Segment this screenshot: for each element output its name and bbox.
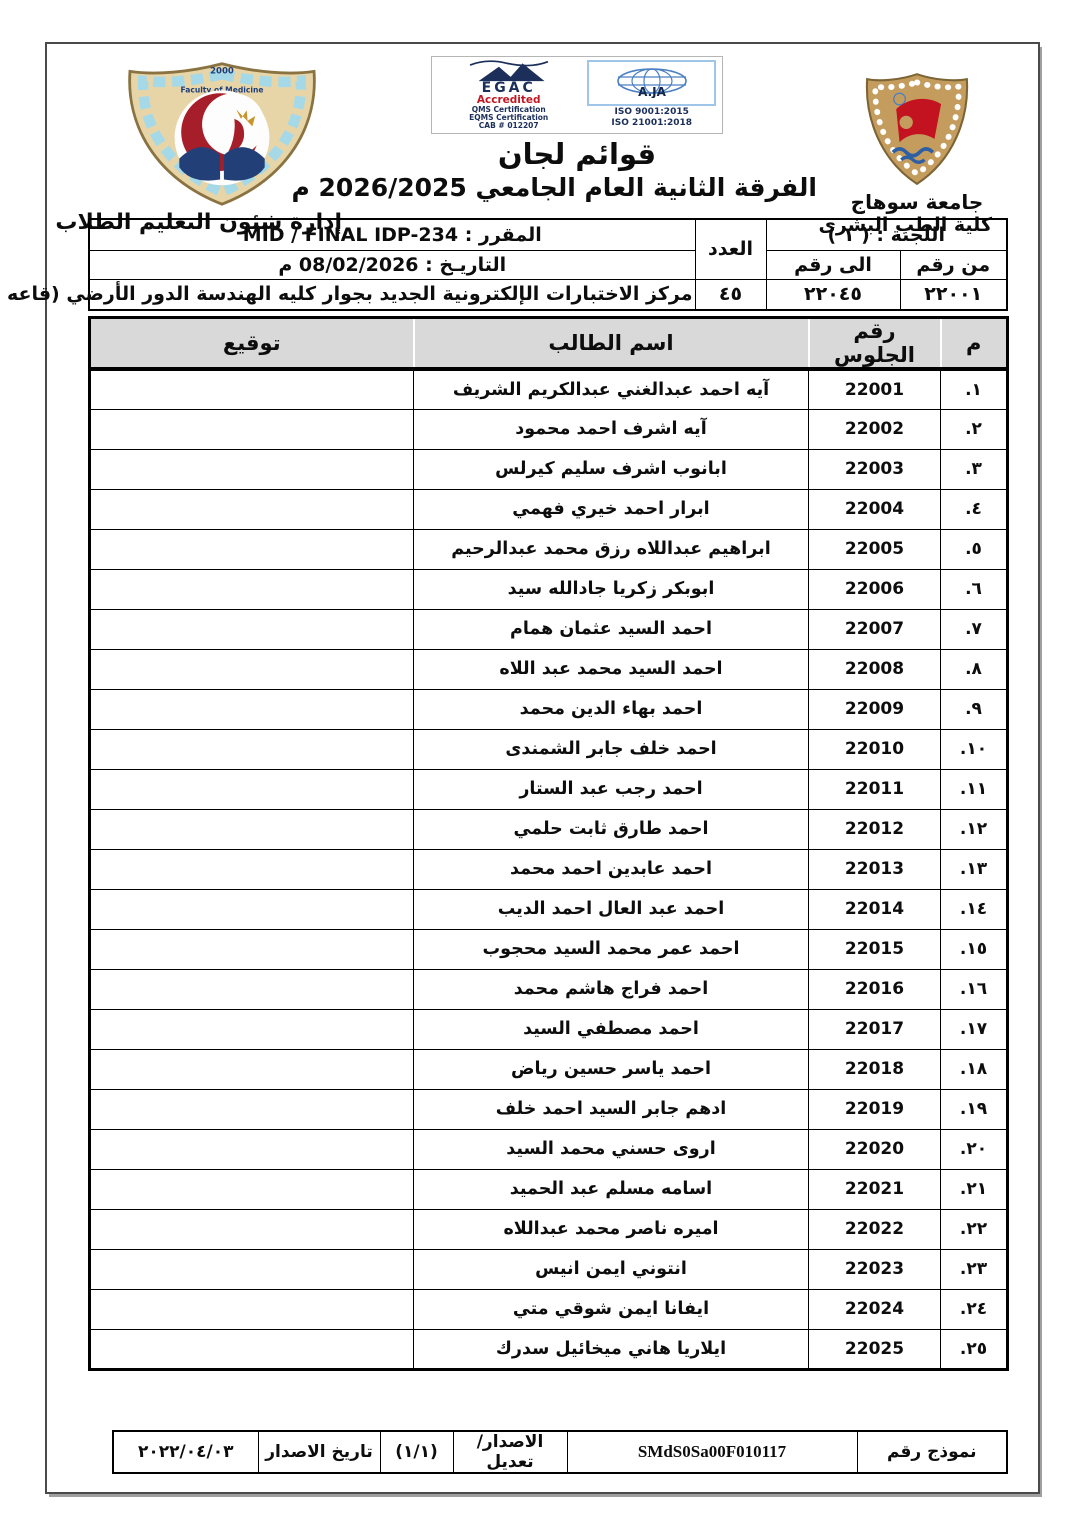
row-student-name-cell: آيه احمد عبدالغني عبدالكريم الشريف <box>414 369 809 409</box>
table-row: ٢١.22021اسامه مسلم عبد الحميد <box>90 1169 1008 1209</box>
table-row: ١٧.22017احمد مصطفي السيد <box>90 1009 1008 1049</box>
row-signature-cell <box>90 1009 414 1049</box>
table-row: ١٥.22015احمد عمر محمد السيد محجوب <box>90 929 1008 969</box>
row-student-name-cell: ادهم جابر السيد احمد خلف <box>414 1089 809 1129</box>
row-seat-number-cell: 22019 <box>809 1089 941 1129</box>
table-row: ١٤.22014احمد عبد العال احمد الديب <box>90 889 1008 929</box>
aja-iso-line: ISO 21001:2018 <box>611 118 692 128</box>
title-group: EGAC Accredited QMS Certification EQMS C… <box>337 56 817 205</box>
accreditation-panel: EGAC Accredited QMS Certification EQMS C… <box>431 56 723 134</box>
row-seat-number-cell: 22022 <box>809 1209 941 1249</box>
row-student-name-cell: احمد السيد محمد عبد اللاه <box>414 649 809 689</box>
table-row: ٢٣.22023انتوني ايمن انيس <box>90 1249 1008 1289</box>
row-signature-cell <box>90 929 414 969</box>
sohag-university-logo-icon <box>863 70 971 188</box>
aja-globe-icon: A.JA <box>604 68 700 98</box>
row-signature-cell <box>90 1049 414 1089</box>
row-student-name-cell: ابوبكر زكريا جادالله سيد <box>414 569 809 609</box>
row-signature-cell <box>90 1169 414 1209</box>
date-label: التاريـخ : <box>425 254 506 276</box>
row-index-cell: ١٧. <box>941 1009 1008 1049</box>
table-row: ١٨.22018احمد ياسر حسين رياض <box>90 1049 1008 1089</box>
count-header-cell: العدد <box>695 219 766 279</box>
table-row: ١١.22011احمد رجب عبد الستار <box>90 769 1008 809</box>
table-row: ١٣.22013احمد عابدين احمد محمد <box>90 849 1008 889</box>
row-signature-cell <box>90 1249 414 1289</box>
row-index-cell: ٢٥. <box>941 1329 1008 1369</box>
count-value: ٤٥ <box>695 279 766 310</box>
row-seat-number-cell: 22011 <box>809 769 941 809</box>
course-value: MID / FINAL IDP-234 <box>243 224 458 246</box>
row-seat-number-cell: 22001 <box>809 369 941 409</box>
table-row: ٧.22007احمد السيد عثمان همام <box>90 609 1008 649</box>
table-row: ٢٥.22025ايلاريا هاني ميخائيل سدرك <box>90 1329 1008 1369</box>
row-student-name-cell: احمد فراج هاشم محمد <box>414 969 809 1009</box>
students-table-header-row: م رقم الجلوس اسم الطالب توقيع <box>90 318 1008 370</box>
table-row: ٢.22002آيه اشرف احمد محمود <box>90 409 1008 449</box>
row-seat-number-cell: 22007 <box>809 609 941 649</box>
logo-year-text: 2000 <box>210 66 234 76</box>
row-student-name-cell: ايفانا ايمن شوقي متي <box>414 1289 809 1329</box>
university-name-caption: جامعة سوهاج <box>842 190 992 214</box>
university-logo-group: جامعة سوهاج كلية الطب البشرى <box>842 70 992 236</box>
row-index-cell: ١٢. <box>941 809 1008 849</box>
row-seat-number-cell: 22009 <box>809 689 941 729</box>
date-value: 08/02/2026 م <box>278 254 418 276</box>
aja-iso-line: ISO 9001:2015 <box>615 107 689 117</box>
row-signature-cell <box>90 969 414 1009</box>
row-index-cell: ١٩. <box>941 1089 1008 1129</box>
row-signature-cell <box>90 849 414 889</box>
row-student-name-cell: احمد عمر محمد السيد محجوب <box>414 929 809 969</box>
row-index-cell: ٢٢. <box>941 1209 1008 1249</box>
row-signature-cell <box>90 889 414 929</box>
row-student-name-cell: احمد خلف جابر الشمندى <box>414 729 809 769</box>
form-number-value: SMdS0Sa00F010117 <box>567 1431 857 1473</box>
seat-number-column-header: رقم الجلوس <box>809 318 941 370</box>
row-student-name-cell: احمد مصطفي السيد <box>414 1009 809 1049</box>
table-row: ٢٠.22020اروى حسني محمد السيد <box>90 1129 1008 1169</box>
row-index-cell: ٧. <box>941 609 1008 649</box>
row-index-cell: ٢٣. <box>941 1249 1008 1289</box>
table-row: ٣.22003ابانوب اشرف سليم كيرلس <box>90 449 1008 489</box>
row-seat-number-cell: 22018 <box>809 1049 941 1089</box>
row-student-name-cell: احمد السيد عثمان همام <box>414 609 809 649</box>
row-seat-number-cell: 22024 <box>809 1289 941 1329</box>
table-row: ١.22001آيه احمد عبدالغني عبدالكريم الشري… <box>90 369 1008 409</box>
row-seat-number-cell: 22012 <box>809 809 941 849</box>
row-seat-number-cell: 22016 <box>809 969 941 1009</box>
row-index-cell: ١. <box>941 369 1008 409</box>
aja-globe-box: A.JA <box>587 60 716 106</box>
row-seat-number-cell: 22023 <box>809 1249 941 1289</box>
row-signature-cell <box>90 1329 414 1369</box>
row-student-name-cell: احمد عابدين احمد محمد <box>414 849 809 889</box>
egac-mountain-icon <box>457 60 561 82</box>
row-index-cell: ١١. <box>941 769 1008 809</box>
row-student-name-cell: انتوني ايمن انيس <box>414 1249 809 1289</box>
row-seat-number-cell: 22004 <box>809 489 941 529</box>
row-seat-number-cell: 22005 <box>809 529 941 569</box>
revision-label: الاصدار/تعديل <box>453 1431 567 1473</box>
row-signature-cell <box>90 529 414 569</box>
date-cell: التاريـخ : 08/02/2026 م <box>89 250 695 279</box>
row-index-cell: ٤. <box>941 489 1008 529</box>
table-row: ١٠.22010احمد خلف جابر الشمندى <box>90 729 1008 769</box>
to-number-header: الى رقم <box>766 250 900 279</box>
issue-date-label: تاريخ الاصدار <box>258 1431 380 1473</box>
row-student-name-cell: ابراهيم عبداللاه رزق محمد عبدالرحيم <box>414 529 809 569</box>
row-student-name-cell: احمد رجب عبد الستار <box>414 769 809 809</box>
row-signature-cell <box>90 769 414 809</box>
row-signature-cell <box>90 649 414 689</box>
to-number-value: ٢٢٠٤٥ <box>766 279 900 310</box>
row-seat-number-cell: 22025 <box>809 1329 941 1369</box>
form-meta-table: نموذج رقم SMdS0Sa00F010117 الاصدار/تعديل… <box>112 1430 1008 1474</box>
row-signature-cell <box>90 809 414 849</box>
table-row: ١٢.22012احمد طارق ثابت حلمي <box>90 809 1008 849</box>
table-row: ٢٤.22024ايفانا ايمن شوقي متي <box>90 1289 1008 1329</box>
row-seat-number-cell: 22017 <box>809 1009 941 1049</box>
revision-value: (١/١) <box>380 1431 453 1473</box>
row-student-name-cell: اسامه مسلم عبد الحميد <box>414 1169 809 1209</box>
row-seat-number-cell: 22008 <box>809 649 941 689</box>
row-signature-cell <box>90 1289 414 1329</box>
table-row: ٤.22004ابرار احمد خيري فهمي <box>90 489 1008 529</box>
row-student-name-cell: احمد بهاء الدين محمد <box>414 689 809 729</box>
row-student-name-cell: احمد عبد العال احمد الديب <box>414 889 809 929</box>
table-row: ٨.22008احمد السيد محمد عبد اللاه <box>90 649 1008 689</box>
aja-name-text: A.JA <box>638 85 667 98</box>
row-signature-cell <box>90 1209 414 1249</box>
row-index-cell: ٨. <box>941 649 1008 689</box>
exam-info-table: اللجنة : ( ١ ) العدد المقرر : MID / FINA… <box>88 218 1008 311</box>
row-signature-cell <box>90 369 414 409</box>
table-row: ١٩.22019ادهم جابر السيد احمد خلف <box>90 1089 1008 1129</box>
committee-cell: اللجنة : ( ١ ) <box>766 219 1007 250</box>
row-index-cell: ١٠. <box>941 729 1008 769</box>
row-student-name-cell: احمد طارق ثابت حلمي <box>414 809 809 849</box>
row-seat-number-cell: 22010 <box>809 729 941 769</box>
table-row: ١٦.22016احمد فراج هاشم محمد <box>90 969 1008 1009</box>
faculty-logo-group: 2000 Faculty of Medicine إدارة شئون التع… <box>102 60 342 235</box>
row-seat-number-cell: 22021 <box>809 1169 941 1209</box>
row-signature-cell <box>90 729 414 769</box>
table-row: ٢٢.22022اميره ناصر محمد عبداللاه <box>90 1209 1008 1249</box>
row-index-cell: ٢٠. <box>941 1129 1008 1169</box>
row-signature-cell <box>90 569 414 609</box>
issue-date-value: ٢٠٢٢/٠٤/٠٣ <box>113 1431 258 1473</box>
row-index-cell: ٢. <box>941 409 1008 449</box>
row-index-cell: ٣. <box>941 449 1008 489</box>
row-index-cell: ٩. <box>941 689 1008 729</box>
egac-accreditation-logo: EGAC Accredited QMS Certification EQMS C… <box>438 60 579 130</box>
row-index-cell: ٢٤. <box>941 1289 1008 1329</box>
document-subtitle: الفرقة الثانية العام الجامعي 2026/2025 م <box>337 171 817 205</box>
row-index-cell: ١٤. <box>941 889 1008 929</box>
row-index-cell: ١٥. <box>941 929 1008 969</box>
student-rows: ١.22001آيه احمد عبدالغني عبدالكريم الشري… <box>90 369 1008 1369</box>
row-index-cell: ٥. <box>941 529 1008 569</box>
page-frame: 2000 Faculty of Medicine إدارة شئون التع… <box>45 42 1040 1494</box>
row-student-name-cell: ابانوب اشرف سليم كيرلس <box>414 449 809 489</box>
course-label: المقرر : <box>465 224 542 246</box>
row-index-cell: ٦. <box>941 569 1008 609</box>
row-signature-cell <box>90 609 414 649</box>
row-index-cell: ١٨. <box>941 1049 1008 1089</box>
document-title: قوائم لجان <box>337 137 817 171</box>
index-column-header: م <box>941 318 1008 370</box>
exam-location: مركز الاختبارات الإلكترونية الجديد بجوار… <box>89 279 695 310</box>
row-signature-cell <box>90 689 414 729</box>
row-signature-cell <box>90 449 414 489</box>
row-student-name-cell: احمد ياسر حسين رياض <box>414 1049 809 1089</box>
row-seat-number-cell: 22002 <box>809 409 941 449</box>
row-seat-number-cell: 22014 <box>809 889 941 929</box>
aja-accreditation-logo: A.JA ISO 9001:2015 ISO 21001:2018 <box>587 60 716 130</box>
row-index-cell: ١٣. <box>941 849 1008 889</box>
form-number-label: نموذج رقم <box>857 1431 1007 1473</box>
row-index-cell: ٢١. <box>941 1169 1008 1209</box>
course-cell: المقرر : MID / FINAL IDP-234 <box>89 219 695 250</box>
row-seat-number-cell: 22006 <box>809 569 941 609</box>
row-seat-number-cell: 22003 <box>809 449 941 489</box>
table-row: ٦.22006ابوبكر زكريا جادالله سيد <box>90 569 1008 609</box>
row-signature-cell <box>90 489 414 529</box>
student-name-column-header: اسم الطالب <box>414 318 809 370</box>
row-seat-number-cell: 22015 <box>809 929 941 969</box>
row-seat-number-cell: 22013 <box>809 849 941 889</box>
row-student-name-cell: ايلاريا هاني ميخائيل سدرك <box>414 1329 809 1369</box>
from-number-value: ٢٢٠٠١ <box>900 279 1007 310</box>
row-student-name-cell: اميره ناصر محمد عبداللاه <box>414 1209 809 1249</box>
table-row: ٩.22009احمد بهاء الدين محمد <box>90 689 1008 729</box>
table-row: ٥.22005ابراهيم عبداللاه رزق محمد عبدالرح… <box>90 529 1008 569</box>
signature-column-header: توقيع <box>90 318 414 370</box>
row-student-name-cell: اروى حسني محمد السيد <box>414 1129 809 1169</box>
row-index-cell: ١٦. <box>941 969 1008 1009</box>
row-student-name-cell: ابرار احمد خيري فهمي <box>414 489 809 529</box>
from-number-header: من رقم <box>900 250 1007 279</box>
row-signature-cell <box>90 409 414 449</box>
students-table: م رقم الجلوس اسم الطالب توقيع ١.22001آيه… <box>88 316 1009 1371</box>
egac-cert-line: CAB # 012207 <box>479 122 539 130</box>
row-signature-cell <box>90 1129 414 1169</box>
row-signature-cell <box>90 1089 414 1129</box>
row-student-name-cell: آيه اشرف احمد محمود <box>414 409 809 449</box>
row-seat-number-cell: 22020 <box>809 1129 941 1169</box>
